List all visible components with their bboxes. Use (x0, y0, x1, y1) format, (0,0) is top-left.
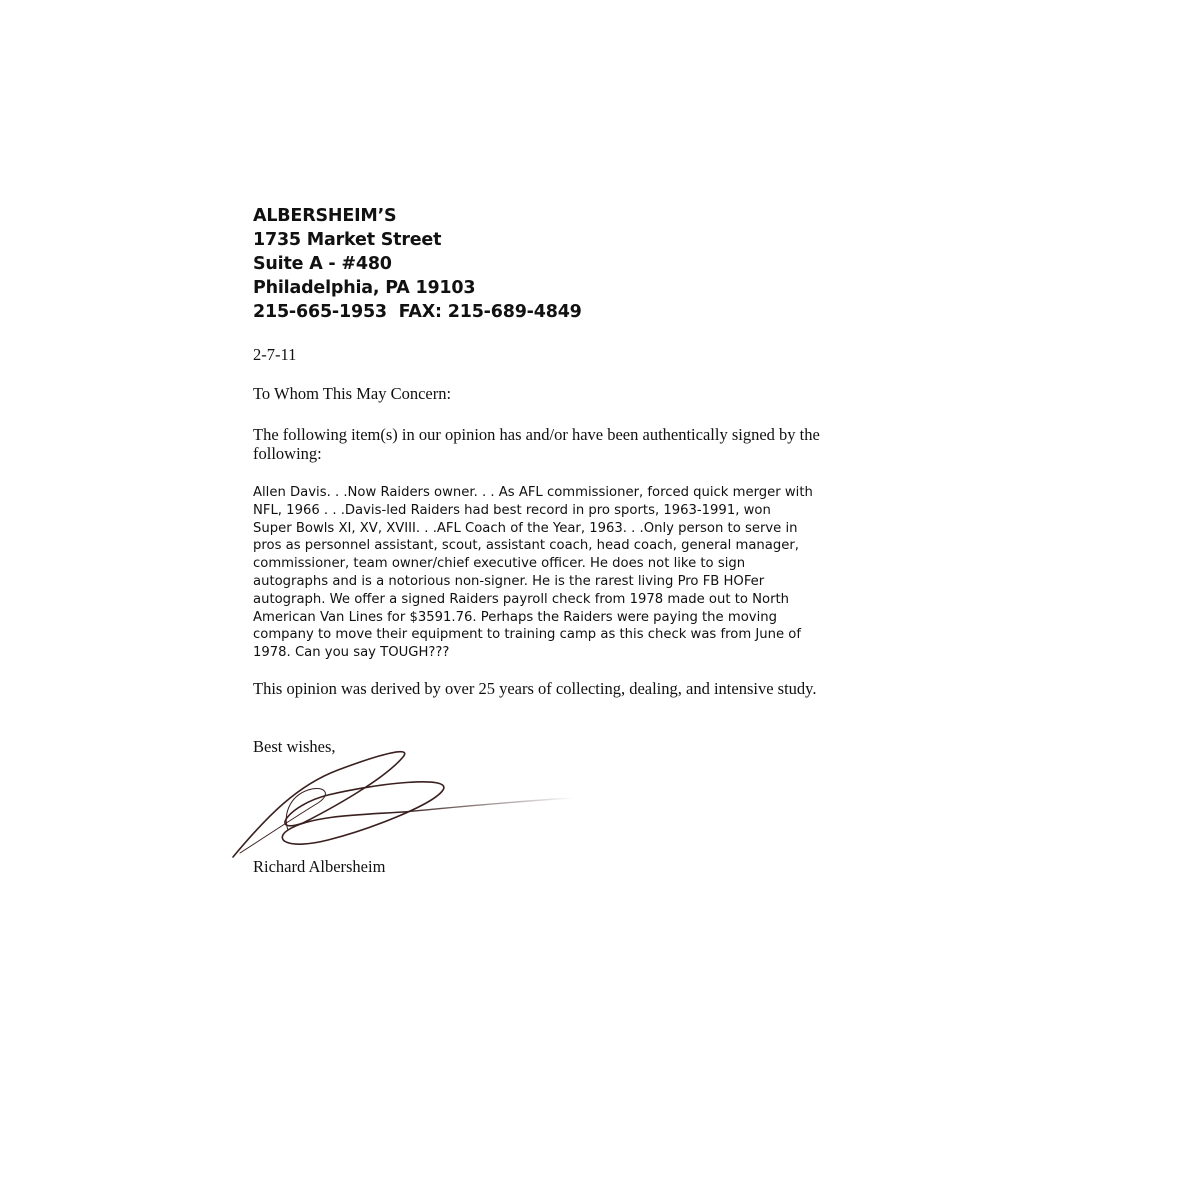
description-line: pros as personnel assistant, scout, assi… (253, 537, 893, 555)
description-line: company to move their equipment to train… (253, 626, 893, 644)
description-line: NFL, 1966 . . .Davis-led Raiders had bes… (253, 502, 893, 520)
description-line: Super Bowls XI, XV, XVIII. . .AFL Coach … (253, 520, 893, 538)
phone-fax: 215-665-1953 FAX: 215-689-4849 (253, 300, 582, 324)
letterhead: ALBERSHEIM’S 1735 Market Street Suite A … (253, 204, 582, 324)
description-line: American Van Lines for $3591.76. Perhaps… (253, 609, 893, 627)
opinion-statement: This opinion was derived by over 25 year… (253, 679, 816, 698)
description-line: commissioner, team owner/chief executive… (253, 555, 893, 573)
city-address: Philadelphia, PA 19103 (253, 276, 582, 300)
description-line: 1978. Can you say TOUGH??? (253, 644, 893, 662)
letter-date: 2-7-11 (253, 345, 296, 364)
signature-icon (228, 745, 588, 865)
salutation: To Whom This May Concern: (253, 384, 451, 403)
suite-address: Suite A - #480 (253, 252, 582, 276)
signer-name: Richard Albersheim (253, 857, 385, 876)
intro-paragraph: The following item(s) in our opinion has… (253, 425, 873, 463)
description-line: Allen Davis. . .Now Raiders owner. . . A… (253, 484, 893, 502)
description-line: autographs and is a notorious non-signer… (253, 573, 893, 591)
street-address: 1735 Market Street (253, 228, 582, 252)
company-name: ALBERSHEIM’S (253, 204, 582, 228)
item-description: Allen Davis. . .Now Raiders owner. . . A… (253, 484, 893, 662)
description-line: autograph. We offer a signed Raiders pay… (253, 591, 893, 609)
